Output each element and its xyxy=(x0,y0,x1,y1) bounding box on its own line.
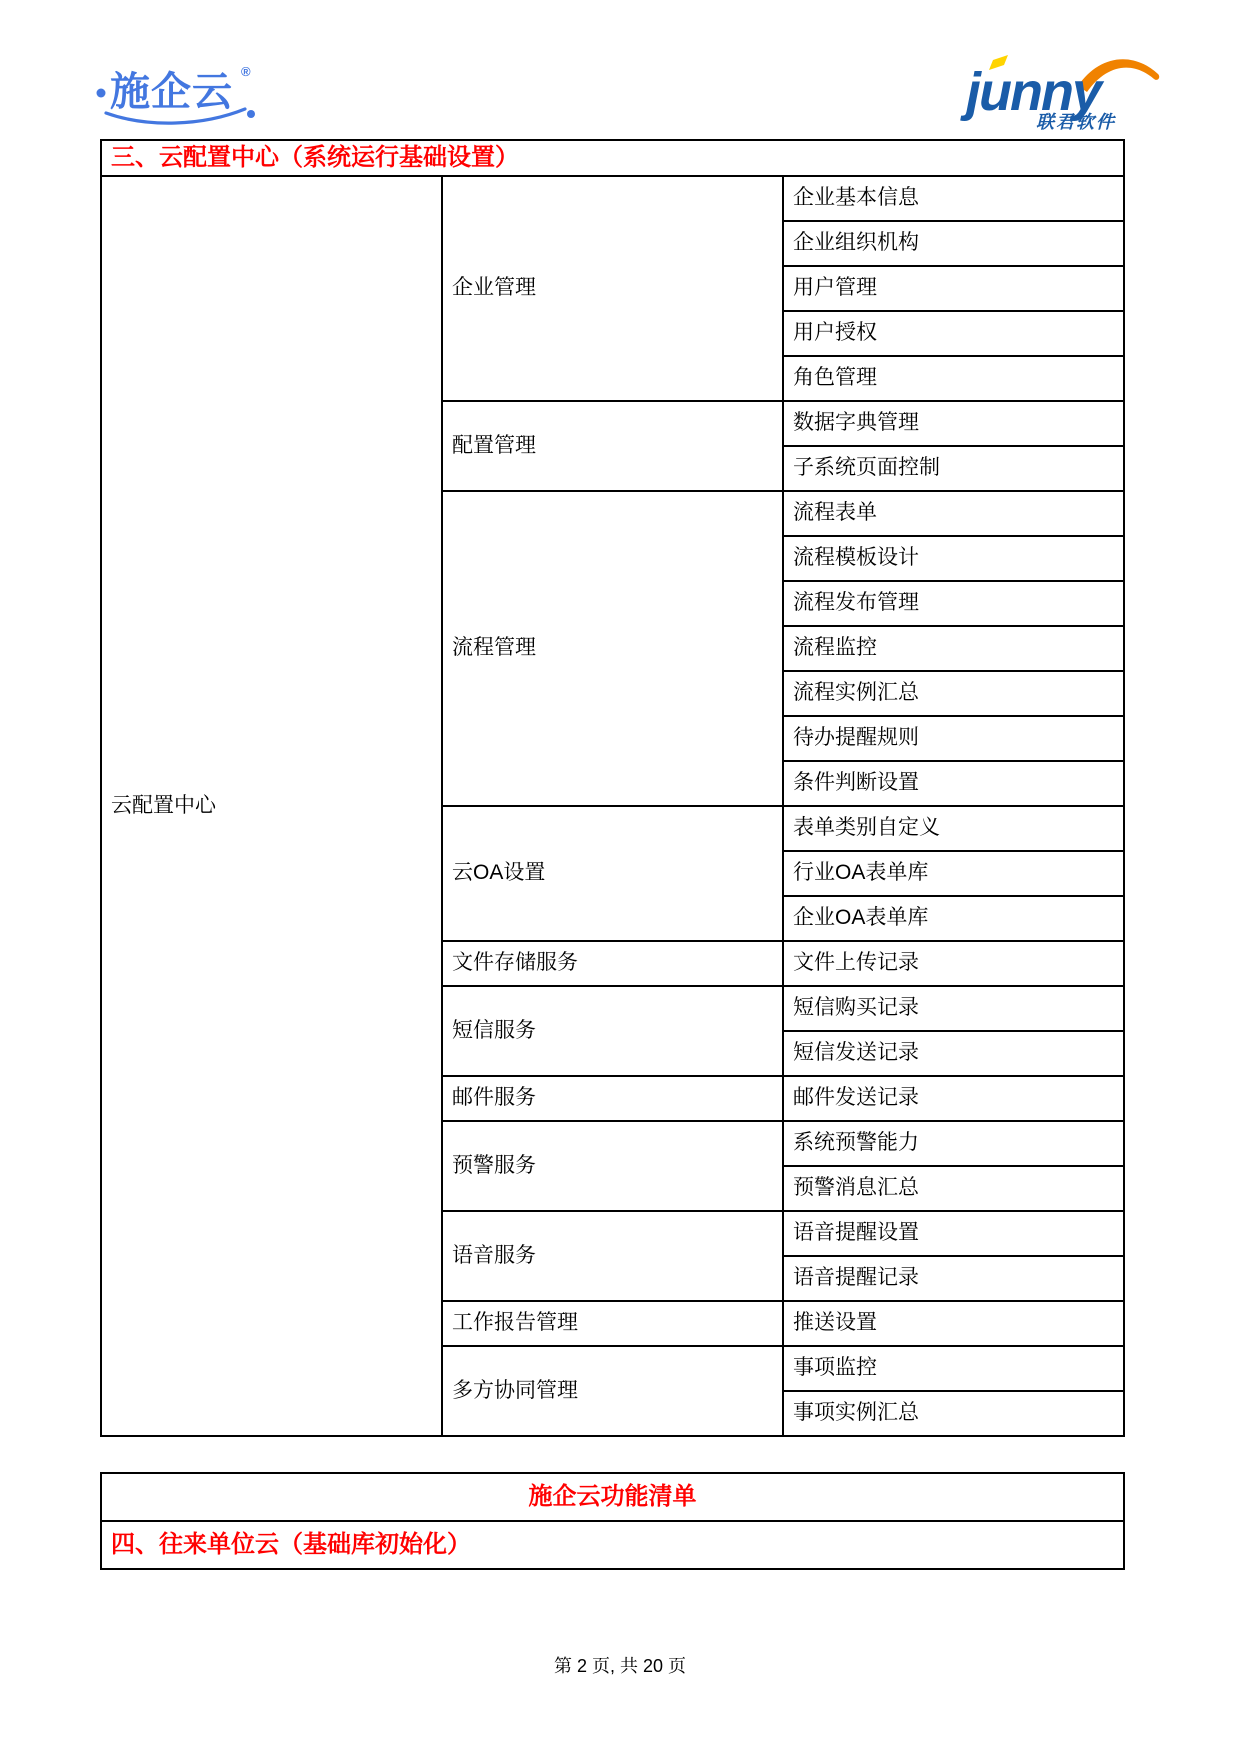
shiqiyun-logo-text: 施企云 xyxy=(110,70,233,114)
shiqiyun-logo-dot-right xyxy=(247,110,255,118)
group-label-cell: 预警服务 xyxy=(442,1121,783,1211)
feature-row: 云配置中心企业管理企业基本信息 xyxy=(101,176,1124,221)
feature-item-cell: 流程监控 xyxy=(783,626,1124,671)
feature-item-cell: 语音提醒设置 xyxy=(783,1211,1124,1256)
feature-item-cell: 用户授权 xyxy=(783,311,1124,356)
junny-logo-subtext: 联君软件 xyxy=(1036,112,1116,132)
next-section-title: 四、往来单位云（基础库初始化） xyxy=(101,1521,1124,1569)
cloud-config-table-body: 云配置中心企业管理企业基本信息企业组织机构用户管理用户授权角色管理配置管理数据字… xyxy=(101,176,1124,1436)
feature-item-cell: 流程表单 xyxy=(783,491,1124,536)
next-section-title-row: 四、往来单位云（基础库初始化） xyxy=(101,1521,1124,1569)
feature-item-cell: 推送设置 xyxy=(783,1301,1124,1346)
section-title: 三、云配置中心（系统运行基础设置） xyxy=(101,140,1124,176)
feature-item-cell: 条件判断设置 xyxy=(783,761,1124,806)
feature-item-cell: 语音提醒记录 xyxy=(783,1256,1124,1301)
shiqiyun-logo: 施企云 ® xyxy=(93,52,268,130)
feature-item-cell: 数据字典管理 xyxy=(783,401,1124,446)
feature-item-cell: 角色管理 xyxy=(783,356,1124,401)
feature-item-cell: 预警消息汇总 xyxy=(783,1166,1124,1211)
function-list-title: 施企云功能清单 xyxy=(101,1473,1124,1521)
feature-item-cell: 企业OA表单库 xyxy=(783,896,1124,941)
group-label-cell: 企业管理 xyxy=(442,176,783,401)
function-list-table: 施企云功能清单 四、往来单位云（基础库初始化） xyxy=(100,1472,1125,1570)
junny-logo-graphic: junny 联君软件 xyxy=(960,48,1175,132)
feature-item-cell: 流程模板设计 xyxy=(783,536,1124,581)
group-label-cell: 邮件服务 xyxy=(442,1076,783,1121)
group-label-cell: 语音服务 xyxy=(442,1211,783,1301)
group-label-cell: 短信服务 xyxy=(442,986,783,1076)
feature-item-cell: 文件上传记录 xyxy=(783,941,1124,986)
feature-item-cell: 用户管理 xyxy=(783,266,1124,311)
feature-item-cell: 系统预警能力 xyxy=(783,1121,1124,1166)
group-label-cell: 云OA设置 xyxy=(442,806,783,941)
feature-item-cell: 表单类别自定义 xyxy=(783,806,1124,851)
root-category-cell: 云配置中心 xyxy=(101,176,442,1436)
feature-item-cell: 短信购买记录 xyxy=(783,986,1124,1031)
feature-item-cell: 企业基本信息 xyxy=(783,176,1124,221)
cloud-config-table: 三、云配置中心（系统运行基础设置） 云配置中心企业管理企业基本信息企业组织机构用… xyxy=(100,139,1125,1437)
group-label-cell: 流程管理 xyxy=(442,491,783,806)
feature-item-cell: 邮件发送记录 xyxy=(783,1076,1124,1121)
shiqiyun-logo-graphic: 施企云 ® xyxy=(93,52,268,130)
feature-item-cell: 待办提醒规则 xyxy=(783,716,1124,761)
page-number-footer: 第 2 页, 共 20 页 xyxy=(0,1652,1240,1678)
function-list-title-row: 施企云功能清单 xyxy=(101,1473,1124,1521)
feature-item-cell: 行业OA表单库 xyxy=(783,851,1124,896)
registered-trademark-icon: ® xyxy=(241,64,251,79)
group-label-cell: 工作报告管理 xyxy=(442,1301,783,1346)
group-label-cell: 多方协同管理 xyxy=(442,1346,783,1436)
feature-item-cell: 事项实例汇总 xyxy=(783,1391,1124,1436)
feature-item-cell: 流程发布管理 xyxy=(783,581,1124,626)
feature-item-cell: 流程实例汇总 xyxy=(783,671,1124,716)
feature-item-cell: 子系统页面控制 xyxy=(783,446,1124,491)
feature-item-cell: 企业组织机构 xyxy=(783,221,1124,266)
group-label-cell: 文件存储服务 xyxy=(442,941,783,986)
section-title-row: 三、云配置中心（系统运行基础设置） xyxy=(101,140,1124,176)
feature-item-cell: 事项监控 xyxy=(783,1346,1124,1391)
junny-logo: junny 联君软件 xyxy=(960,48,1175,132)
feature-item-cell: 短信发送记录 xyxy=(783,1031,1124,1076)
shiqiyun-logo-dot-left xyxy=(97,89,106,98)
group-label-cell: 配置管理 xyxy=(442,401,783,491)
